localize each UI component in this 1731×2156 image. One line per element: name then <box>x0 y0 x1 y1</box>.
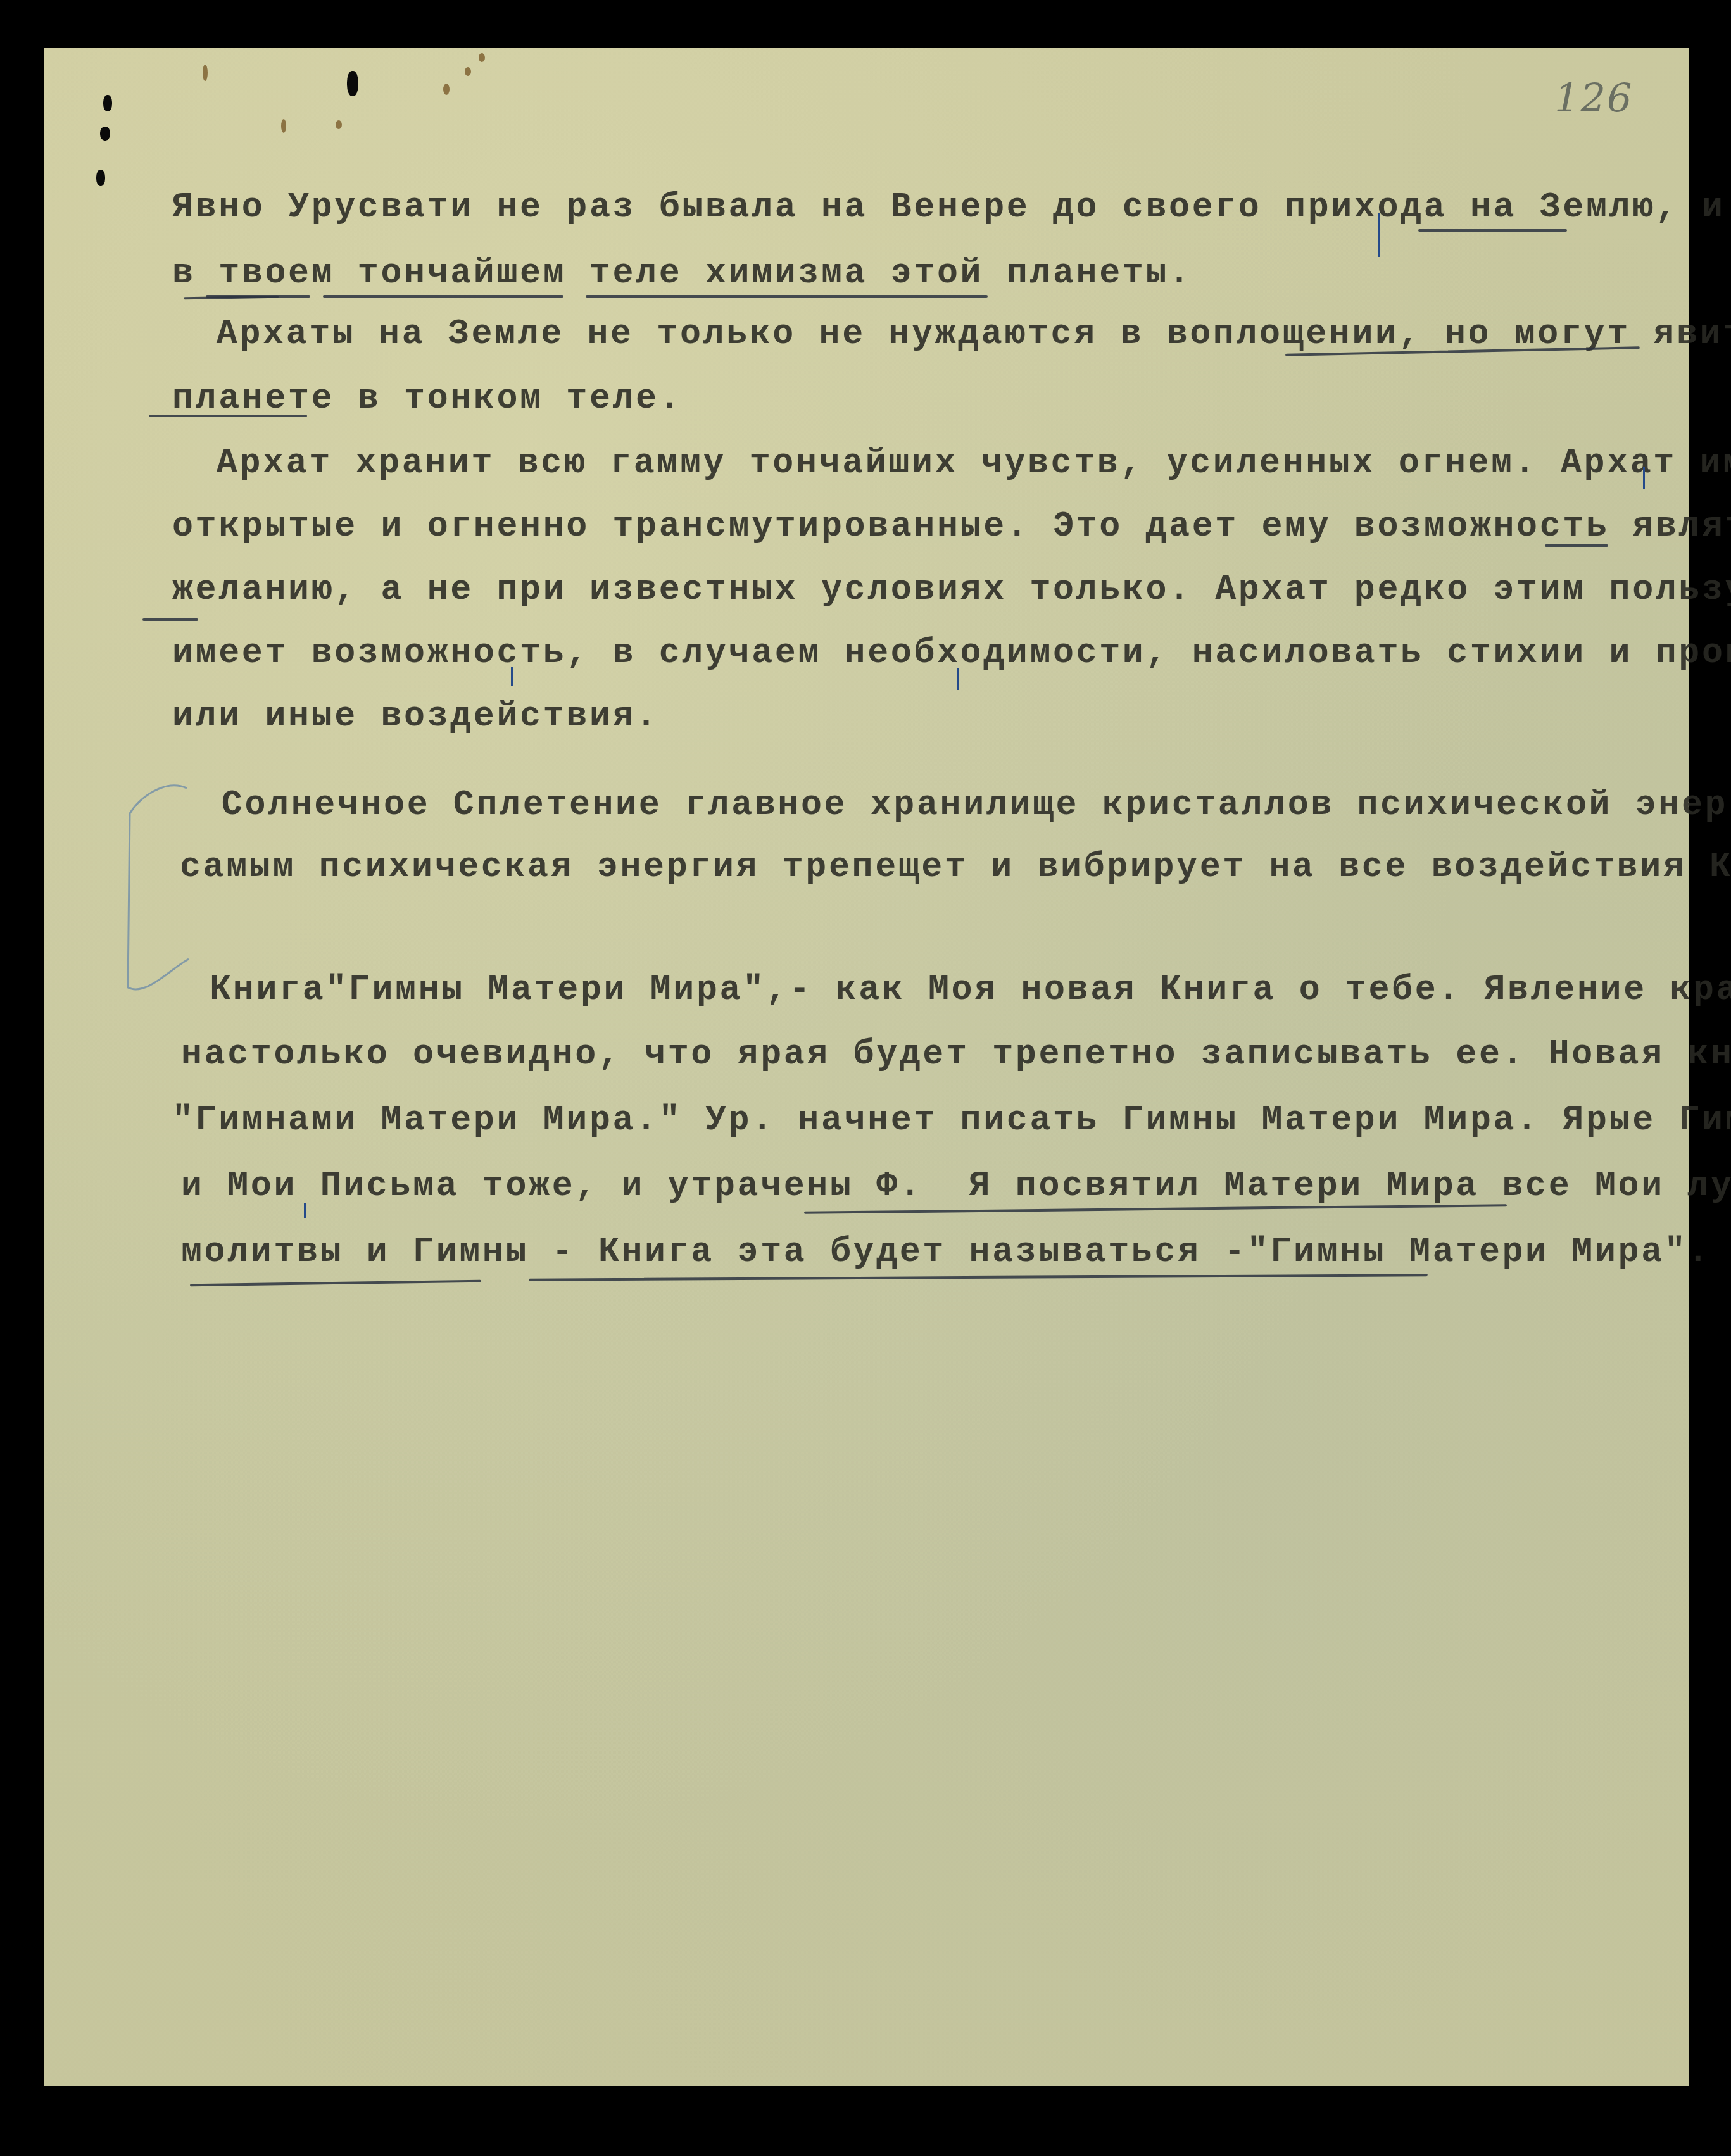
blue-pencil-mark <box>957 668 959 690</box>
text-line: планете в тонком теле. <box>172 379 682 418</box>
pencil-underline <box>1418 229 1567 232</box>
folio-number: 126 <box>1554 75 1633 121</box>
ink-stain <box>281 119 286 133</box>
text-line: самым психическая энергия трепещет и виб… <box>180 847 1731 887</box>
text-line: Книга"Гимны Матери Мира",- как Моя новая… <box>163 970 1731 1010</box>
text-line: молитвы и Гимны - Книга эта будет называ… <box>181 1232 1711 1272</box>
ink-stain <box>443 84 450 95</box>
text-line: Явно Урусвати не раз бывала на Венере до… <box>172 187 1731 227</box>
blue-pencil-mark <box>304 1203 306 1218</box>
punch-hole <box>103 95 112 111</box>
text-line: желанию, а не при известных условиях тол… <box>172 570 1731 610</box>
ink-stain <box>465 67 471 76</box>
text-line: в твоем тончайшем теле химизма этой план… <box>172 253 1192 293</box>
text-line: или иные воздействия. <box>172 696 659 736</box>
text-line: Архаты на Земле не только не нуждаются в… <box>147 314 1731 354</box>
text-line: "Гимнами Матери Мира." Ур. начнет писать… <box>172 1100 1731 1140</box>
blue-pencil-bracket <box>120 779 196 1006</box>
pencil-underline <box>149 415 307 417</box>
punch-hole <box>347 71 358 96</box>
text-line: открытые и огненно трансмутированные. Эт… <box>172 506 1731 546</box>
pencil-underline <box>1545 544 1608 547</box>
punch-hole <box>100 127 110 141</box>
text-line: имеет возможность, в случаем необходимос… <box>172 633 1731 673</box>
text-line: Архат хранит всю гамму тончайших чувств,… <box>147 443 1731 483</box>
blue-pencil-mark <box>511 667 513 686</box>
pencil-underline <box>142 618 198 621</box>
blue-pencil-mark <box>1643 467 1645 489</box>
punch-hole <box>96 170 105 186</box>
blue-pencil-mark <box>1378 213 1380 257</box>
pencil-underline <box>323 295 563 298</box>
ink-stain <box>336 120 342 129</box>
ink-stain <box>203 65 208 81</box>
ink-stain <box>479 53 485 62</box>
text-line: Солнечное Сплетение главное хранилище кр… <box>152 785 1731 825</box>
pencil-underline <box>586 295 988 298</box>
text-line: и Мои Письма тоже, и утрачены Ф. Я посвя… <box>181 1166 1731 1206</box>
text-line: настолько очевидно, что ярая будет трепе… <box>181 1034 1731 1074</box>
pencil-underline <box>206 295 310 298</box>
